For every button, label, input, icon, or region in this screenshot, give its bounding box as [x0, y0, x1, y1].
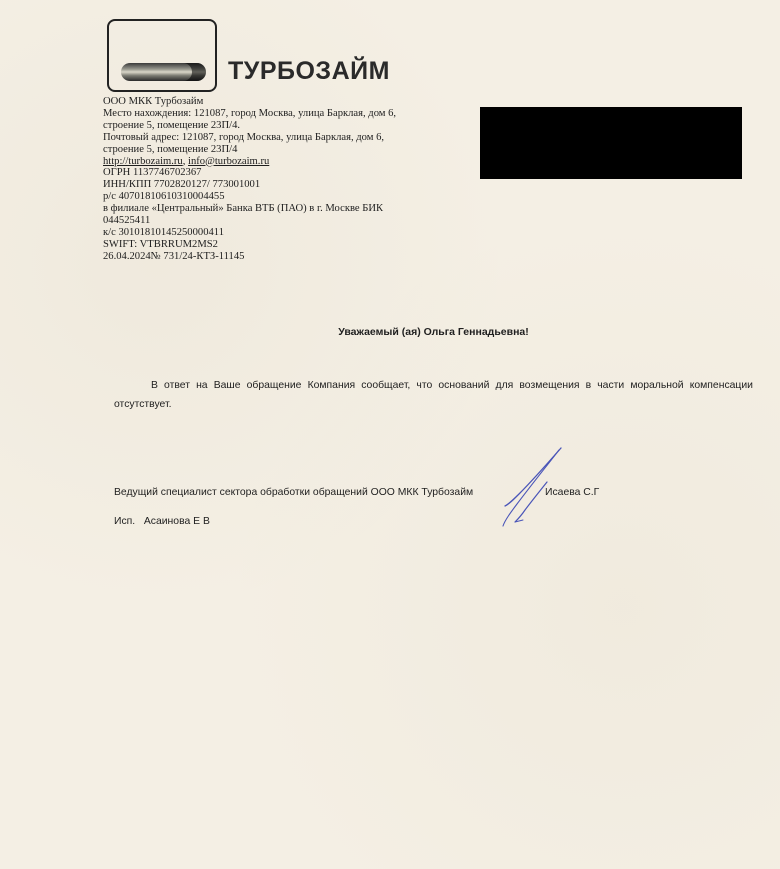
website-link[interactable]: http://turbozaim.ru	[103, 156, 183, 167]
logo-frame	[107, 19, 217, 92]
sender-corr-account: к/с 30101810145250000411	[103, 227, 403, 239]
signer-title: Ведущий специалист сектора обработки обр…	[114, 487, 473, 498]
logo-wordmark: ТУРБОЗАЙМ	[228, 57, 390, 86]
sender-contacts: http://turbozaim.ru, info@turbozaim.ru	[103, 156, 403, 168]
signer-name: Исаева С.Г	[545, 487, 599, 498]
sender-postal-address: Почтовый адрес: 121087, город Москва, ул…	[103, 132, 403, 156]
sender-bank: в филиале «Центральный» Банка ВТБ (ПАО) …	[103, 203, 403, 227]
sender-location: Место нахождения: 121087, город Москва, …	[103, 108, 403, 132]
sender-inn-kpp: ИНН/КПП 7702820127/ 773001001	[103, 179, 403, 191]
letter-greeting: Уважаемый (ая) Ольга Геннадьевна!	[0, 326, 780, 338]
progress-bar-logo-icon	[121, 63, 206, 81]
sender-ogrn: ОГРН 1137746702367	[103, 167, 403, 179]
sender-company: ООО МКК Турбозайм	[103, 96, 403, 108]
executor-name: Исп. Асаинова Е В	[114, 516, 210, 527]
email-link[interactable]: info@turbozaim.ru	[188, 156, 269, 167]
sender-account: р/с 40701810610310004455	[103, 191, 403, 203]
sender-swift: SWIFT: VTBRRUM2MS2	[103, 239, 403, 251]
recipient-redaction-block	[480, 107, 742, 179]
letter-reference: 26.04.2024№ 731/24-КТЗ-11145	[103, 251, 403, 263]
handwritten-signature-icon	[495, 442, 570, 530]
sender-requisites: ООО МКК Турбозайм Место нахождения: 1210…	[103, 96, 403, 263]
letter-body: В ответ на Ваше обращение Компания сообщ…	[114, 376, 753, 414]
